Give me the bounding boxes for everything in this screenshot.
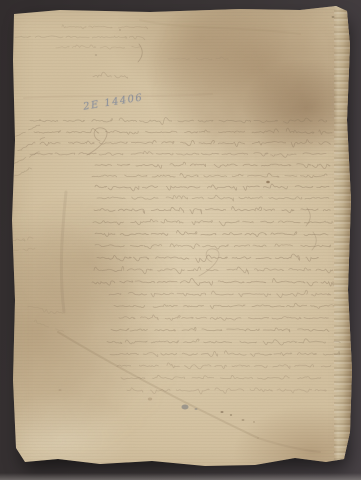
manuscript-page: 2E 14406 xyxy=(0,0,361,480)
page-stack-edge xyxy=(334,5,352,461)
archival-number: 2E 14406 xyxy=(83,92,145,112)
photo-stage: 2E 14406 xyxy=(0,0,361,480)
backdrop-floor xyxy=(0,473,361,480)
